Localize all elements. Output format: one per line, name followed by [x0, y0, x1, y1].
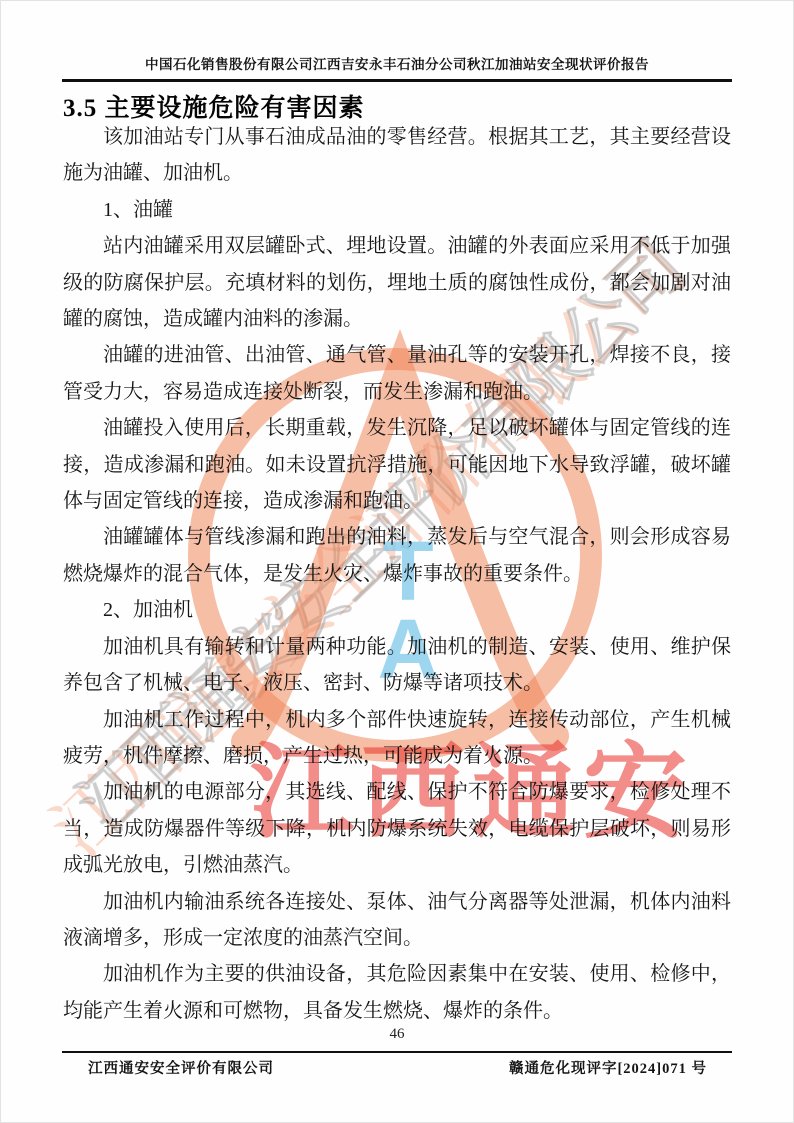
- paragraph: 加油机具有输转和计量两种功能。加油机的制造、安装、使用、维护保养包含了机械、电子…: [63, 629, 731, 702]
- list-heading-oil-tank: 1、油罐: [63, 192, 731, 228]
- body-text: 该加油站专门从事石油成品油的零售经营。根据其工艺，其主要经营设施为油罐、加油机。…: [63, 119, 731, 1029]
- paragraph: 加油机内输油系统各连接处、泵体、油气分离器等处泄漏，机体内油料液滴增多，形成一定…: [63, 884, 731, 957]
- document-content: 中国石化销售股份有限公司江西吉安永丰石油分公司秋江加油站安全现状评价报告 3.5…: [0, 0, 794, 1123]
- paragraph: 加油机工作过程中，机内多个部件快速旋转，连接传动部位，产生机械疲劳，机件摩擦、磨…: [63, 702, 731, 775]
- footer-company: 江西通安安全评价有限公司: [88, 1057, 274, 1078]
- paragraph: 该加油站专门从事石油成品油的零售经营。根据其工艺，其主要经营设施为油罐、加油机。: [63, 119, 731, 192]
- paragraph: 加油机作为主要的供油设备，其危险因素集中在安装、使用、检修中，均能产生着火源和可…: [63, 956, 731, 1029]
- paragraph: 加油机的电源部分，其选线、配线、保护不符合防爆要求，检修处理不当，造成防爆器件等…: [63, 774, 731, 883]
- paragraph: 油罐的进油管、出油管、通气管、量油孔等的安装开孔，焊接不良，接管受力大，容易造成…: [63, 337, 731, 410]
- page-number: 46: [0, 1026, 794, 1043]
- footer-doc-number: 赣通危化现评字[2024]071 号: [509, 1057, 707, 1078]
- report-header: 中国石化销售股份有限公司江西吉安永丰石油分公司秋江加油站安全现状评价报告: [63, 53, 731, 73]
- document-page: 江西通安安全评价有限公司 江西通安安全评价有限公司 T A 江西通安 中国石化销…: [0, 0, 794, 1123]
- paragraph: 油罐罐体与管线渗漏和跑出的油料，蒸发后与空气混合，则会形成容易燃烧爆炸的混合气体…: [63, 519, 731, 592]
- list-heading-dispenser: 2、加油机: [63, 592, 731, 628]
- paragraph: 站内油罐采用双层罐卧式、埋地设置。油罐的外表面应采用不低于加强级的防腐保护层。充…: [63, 228, 731, 337]
- footer-rule: [62, 1051, 732, 1053]
- paragraph: 油罐投入使用后，长期重载，发生沉降，足以破坏罐体与固定管线的连接，造成渗漏和跑油…: [63, 410, 731, 519]
- header-rule: [62, 79, 732, 82]
